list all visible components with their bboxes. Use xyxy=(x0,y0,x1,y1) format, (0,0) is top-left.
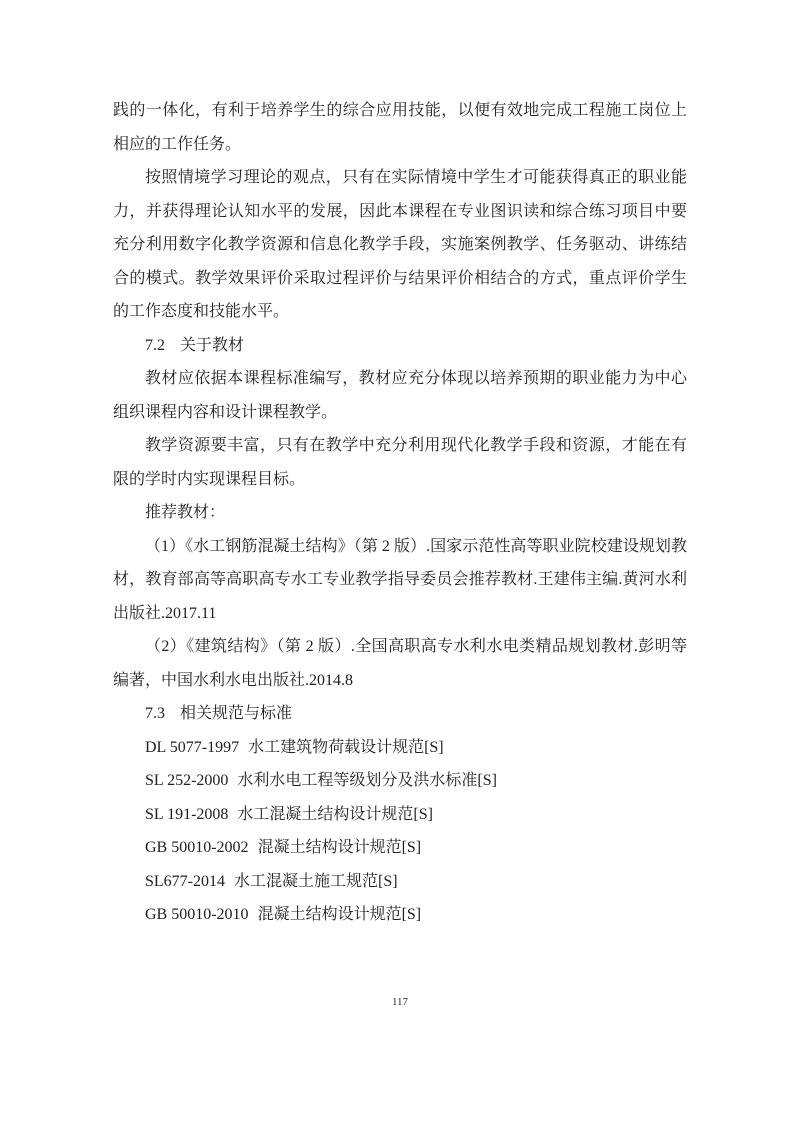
standard-item: GB 50010-2010混凝土结构设计规范[S] xyxy=(113,898,687,932)
paragraph-textbook-requirement: 教材应依据本课程标准编写，教材应充分体现以培养预期的职业能力为中心组织课程内容和… xyxy=(113,362,687,429)
recommended-textbooks-label: 推荐教材： xyxy=(113,496,687,530)
section-heading-7-2: 7.2关于教材 xyxy=(113,329,687,363)
standard-name: 混凝土结构设计规范[S] xyxy=(258,839,422,856)
standard-item: SL 252-2000水利水电工程等级划分及洪水标准[S] xyxy=(113,764,687,798)
standard-code: DL 5077-1997 xyxy=(145,739,239,756)
paragraph-practice-continuation: 践的一体化，有利于培养学生的综合应用技能，以便有效地完成工程施工岗位上相应的工作… xyxy=(113,94,687,161)
standard-name: 水工混凝土施工规范[S] xyxy=(234,873,398,890)
standard-name: 混凝土结构设计规范[S] xyxy=(258,906,422,923)
document-page: 践的一体化，有利于培养学生的综合应用技能，以便有效地完成工程施工岗位上相应的工作… xyxy=(0,0,792,1122)
standard-item: GB 50010-2002混凝土结构设计规范[S] xyxy=(113,831,687,865)
standard-code: GB 50010-2002 xyxy=(145,839,249,856)
standard-name: 水工建筑物荷载设计规范[S] xyxy=(248,739,444,756)
section-number: 7.3 xyxy=(145,705,165,722)
paragraph-teaching-resources: 教学资源要丰富，只有在教学中充分利用现代化教学手段和资源，才能在有限的学时内实现… xyxy=(113,429,687,496)
standard-code: SL677-2014 xyxy=(145,873,225,890)
page-number: 117 xyxy=(113,996,687,1008)
standard-code: GB 50010-2010 xyxy=(145,906,249,923)
section-title: 关于教材 xyxy=(180,337,244,354)
textbook-item-2: （2）《建筑结构》（第 2 版）.全国高职高专水利水电类精品规划教材.彭明等编著… xyxy=(113,630,687,697)
standard-name: 水利水电工程等级划分及洪水标准[S] xyxy=(237,772,497,789)
document-body: 践的一体化，有利于培养学生的综合应用技能，以便有效地完成工程施工岗位上相应的工作… xyxy=(113,94,687,932)
standard-item: DL 5077-1997水工建筑物荷载设计规范[S] xyxy=(113,731,687,765)
section-heading-7-3: 7.3相关规范与标准 xyxy=(113,697,687,731)
standard-name: 水工混凝土结构设计规范[S] xyxy=(237,806,433,823)
textbook-item-1: （1）《水工钢筋混凝土结构》（第 2 版）.国家示范性高等职业院校建设规划教材，… xyxy=(113,530,687,631)
standard-item: SL677-2014水工混凝土施工规范[S] xyxy=(113,865,687,899)
section-title: 相关规范与标准 xyxy=(180,705,292,722)
standard-item: SL 191-2008水工混凝土结构设计规范[S] xyxy=(113,798,687,832)
section-number: 7.2 xyxy=(145,337,165,354)
standard-code: SL 191-2008 xyxy=(145,806,228,823)
standard-code: SL 252-2000 xyxy=(145,772,228,789)
paragraph-situated-learning: 按照情境学习理论的观点，只有在实际情境中学生才可能获得真正的职业能力，并获得理论… xyxy=(113,161,687,329)
